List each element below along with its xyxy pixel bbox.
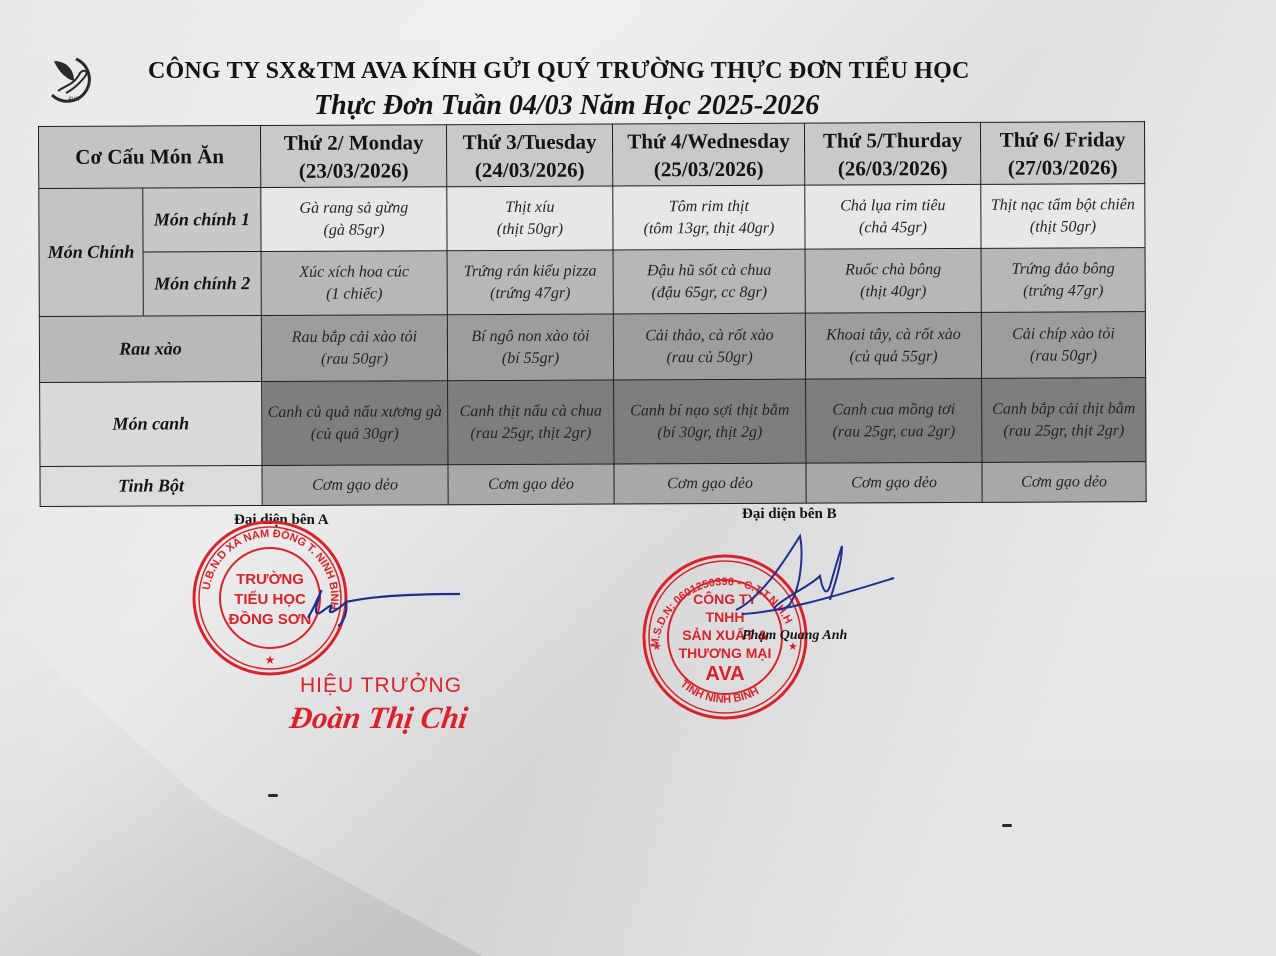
weekly-menu-table: Cơ Cấu Món Ăn Thứ 2/ Monday(23/03/2026) … bbox=[38, 121, 1147, 507]
mark bbox=[268, 794, 278, 797]
subcategory-cell: Món chính 2 bbox=[143, 252, 261, 317]
dish-cell: Cải thảo, cà rốt xào(rau củ 50gr) bbox=[613, 313, 805, 380]
table-header-row: Cơ Cấu Món Ăn Thứ 2/ Monday(23/03/2026) … bbox=[39, 122, 1145, 189]
day-header: Thứ 2/ Monday(23/03/2026) bbox=[261, 125, 447, 188]
dish-cell: Chả lụa rim tiêu(chả 45gr) bbox=[805, 184, 981, 249]
svg-text:★: ★ bbox=[265, 653, 276, 667]
dish-cell: Thịt nạc tẩm bột chiên(thịt 50gr) bbox=[981, 184, 1145, 249]
category-cell: Rau xào bbox=[39, 316, 261, 383]
dish-cell: Cơm gạo dẻo bbox=[982, 462, 1146, 503]
dish-cell: Ruốc chà bông(thịt 40gr) bbox=[805, 248, 981, 313]
dish-cell: Đậu hũ sốt cà chua(đậu 65gr, cc 8gr) bbox=[613, 249, 805, 314]
table-row: Tinh Bột Cơm gạo dẻo Cơm gạo dẻo Cơm gạo… bbox=[40, 462, 1146, 507]
dish-cell: Rau bắp cải xào tỏi(rau 50gr) bbox=[261, 315, 447, 382]
dish-cell: Bí ngô non xào tỏi(bí 55gr) bbox=[447, 314, 613, 381]
dish-cell: Tôm rim thịt(tôm 13gr, thịt 40gr) bbox=[613, 185, 805, 250]
table-row: Rau xào Rau bắp cải xào tỏi(rau 50gr) Bí… bbox=[39, 312, 1145, 383]
menu-title: Thực Đơn Tuần 04/03 Năm Học 2025-2026 bbox=[314, 90, 1014, 122]
signature-a bbox=[290, 580, 470, 630]
rector-name: Đoàn Thị Chi bbox=[287, 700, 470, 736]
party-b-label: Đại diện bên B bbox=[742, 506, 837, 523]
dish-cell: Khoai tây, cà rốt xào(củ quả 55gr) bbox=[805, 312, 981, 379]
day-header: Thứ 4/Wednesday(25/03/2026) bbox=[613, 123, 805, 186]
dish-cell: Cơm gạo dẻo bbox=[448, 464, 614, 505]
dish-cell: Canh bí nạo sợi thịt bằm(bí 30gr, thịt 2… bbox=[614, 379, 806, 464]
svg-text:AVA: AVA bbox=[705, 663, 744, 685]
day-header: Thứ 3/Tuesday(24/03/2026) bbox=[447, 124, 613, 187]
category-cell: Tinh Bột bbox=[40, 466, 262, 507]
signature-b bbox=[730, 528, 900, 618]
category-cell: Món Chính bbox=[39, 188, 144, 316]
dish-cell: Cơm gạo dẻo bbox=[614, 463, 806, 504]
svg-text:THƯƠNG MẠI: THƯƠNG MẠI bbox=[679, 645, 772, 661]
svg-text:★: ★ bbox=[652, 641, 662, 653]
svg-text:AVA: AVA bbox=[68, 97, 79, 103]
dish-cell: Canh thịt nấu cà chua(rau 25gr, thịt 2gr… bbox=[448, 380, 614, 465]
dish-cell: Thịt xíu(thịt 50gr) bbox=[447, 186, 613, 251]
dish-cell: Canh cua mồng tơi(rau 25gr, cua 2gr) bbox=[806, 378, 982, 463]
table-row: Món Chính Món chính 1 Gà rang sả gừng(gà… bbox=[39, 184, 1145, 253]
ava-logo-icon: AVA bbox=[44, 55, 106, 107]
mark bbox=[1002, 824, 1012, 827]
table-row: Món chính 2 Xúc xích hoa cúc(1 chiếc) Tr… bbox=[39, 248, 1145, 317]
subcategory-cell: Món chính 1 bbox=[143, 188, 261, 253]
dish-cell: Trứng đảo bông(trứng 47gr) bbox=[981, 248, 1145, 313]
dish-cell: Cải chíp xào tỏi(rau 50gr) bbox=[981, 312, 1145, 379]
category-cell: Món canh bbox=[40, 382, 262, 467]
party-b-signer-name: Phạm Quang Anh bbox=[742, 628, 847, 644]
structure-header: Cơ Cấu Món Ăn bbox=[39, 126, 261, 189]
company-heading: CÔNG TY SX&TM AVA KÍNH GỬI QUÝ TRƯỜNG TH… bbox=[148, 58, 1048, 85]
dish-cell: Canh bắp cải thịt bằm(rau 25gr, thịt 2gr… bbox=[982, 378, 1146, 463]
dish-cell: Cơm gạo dẻo bbox=[806, 462, 982, 503]
dish-cell: Gà rang sả gừng(gà 85gr) bbox=[261, 187, 447, 252]
dish-cell: Cơm gạo dẻo bbox=[262, 465, 448, 506]
day-header: Thứ 5/Thurday(26/03/2026) bbox=[805, 122, 981, 185]
dish-cell: Canh củ quả nấu xương gà(củ quả 30gr) bbox=[262, 381, 448, 466]
dish-cell: Trứng rán kiểu pizza(trứng 47gr) bbox=[447, 250, 613, 315]
dish-cell: Xúc xích hoa cúc(1 chiếc) bbox=[261, 251, 447, 316]
table-row: Món canh Canh củ quả nấu xương gà(củ quả… bbox=[40, 378, 1146, 467]
rector-title: HIỆU TRƯỞNG bbox=[300, 674, 462, 698]
day-header: Thứ 6/ Friday(27/03/2026) bbox=[981, 122, 1145, 185]
